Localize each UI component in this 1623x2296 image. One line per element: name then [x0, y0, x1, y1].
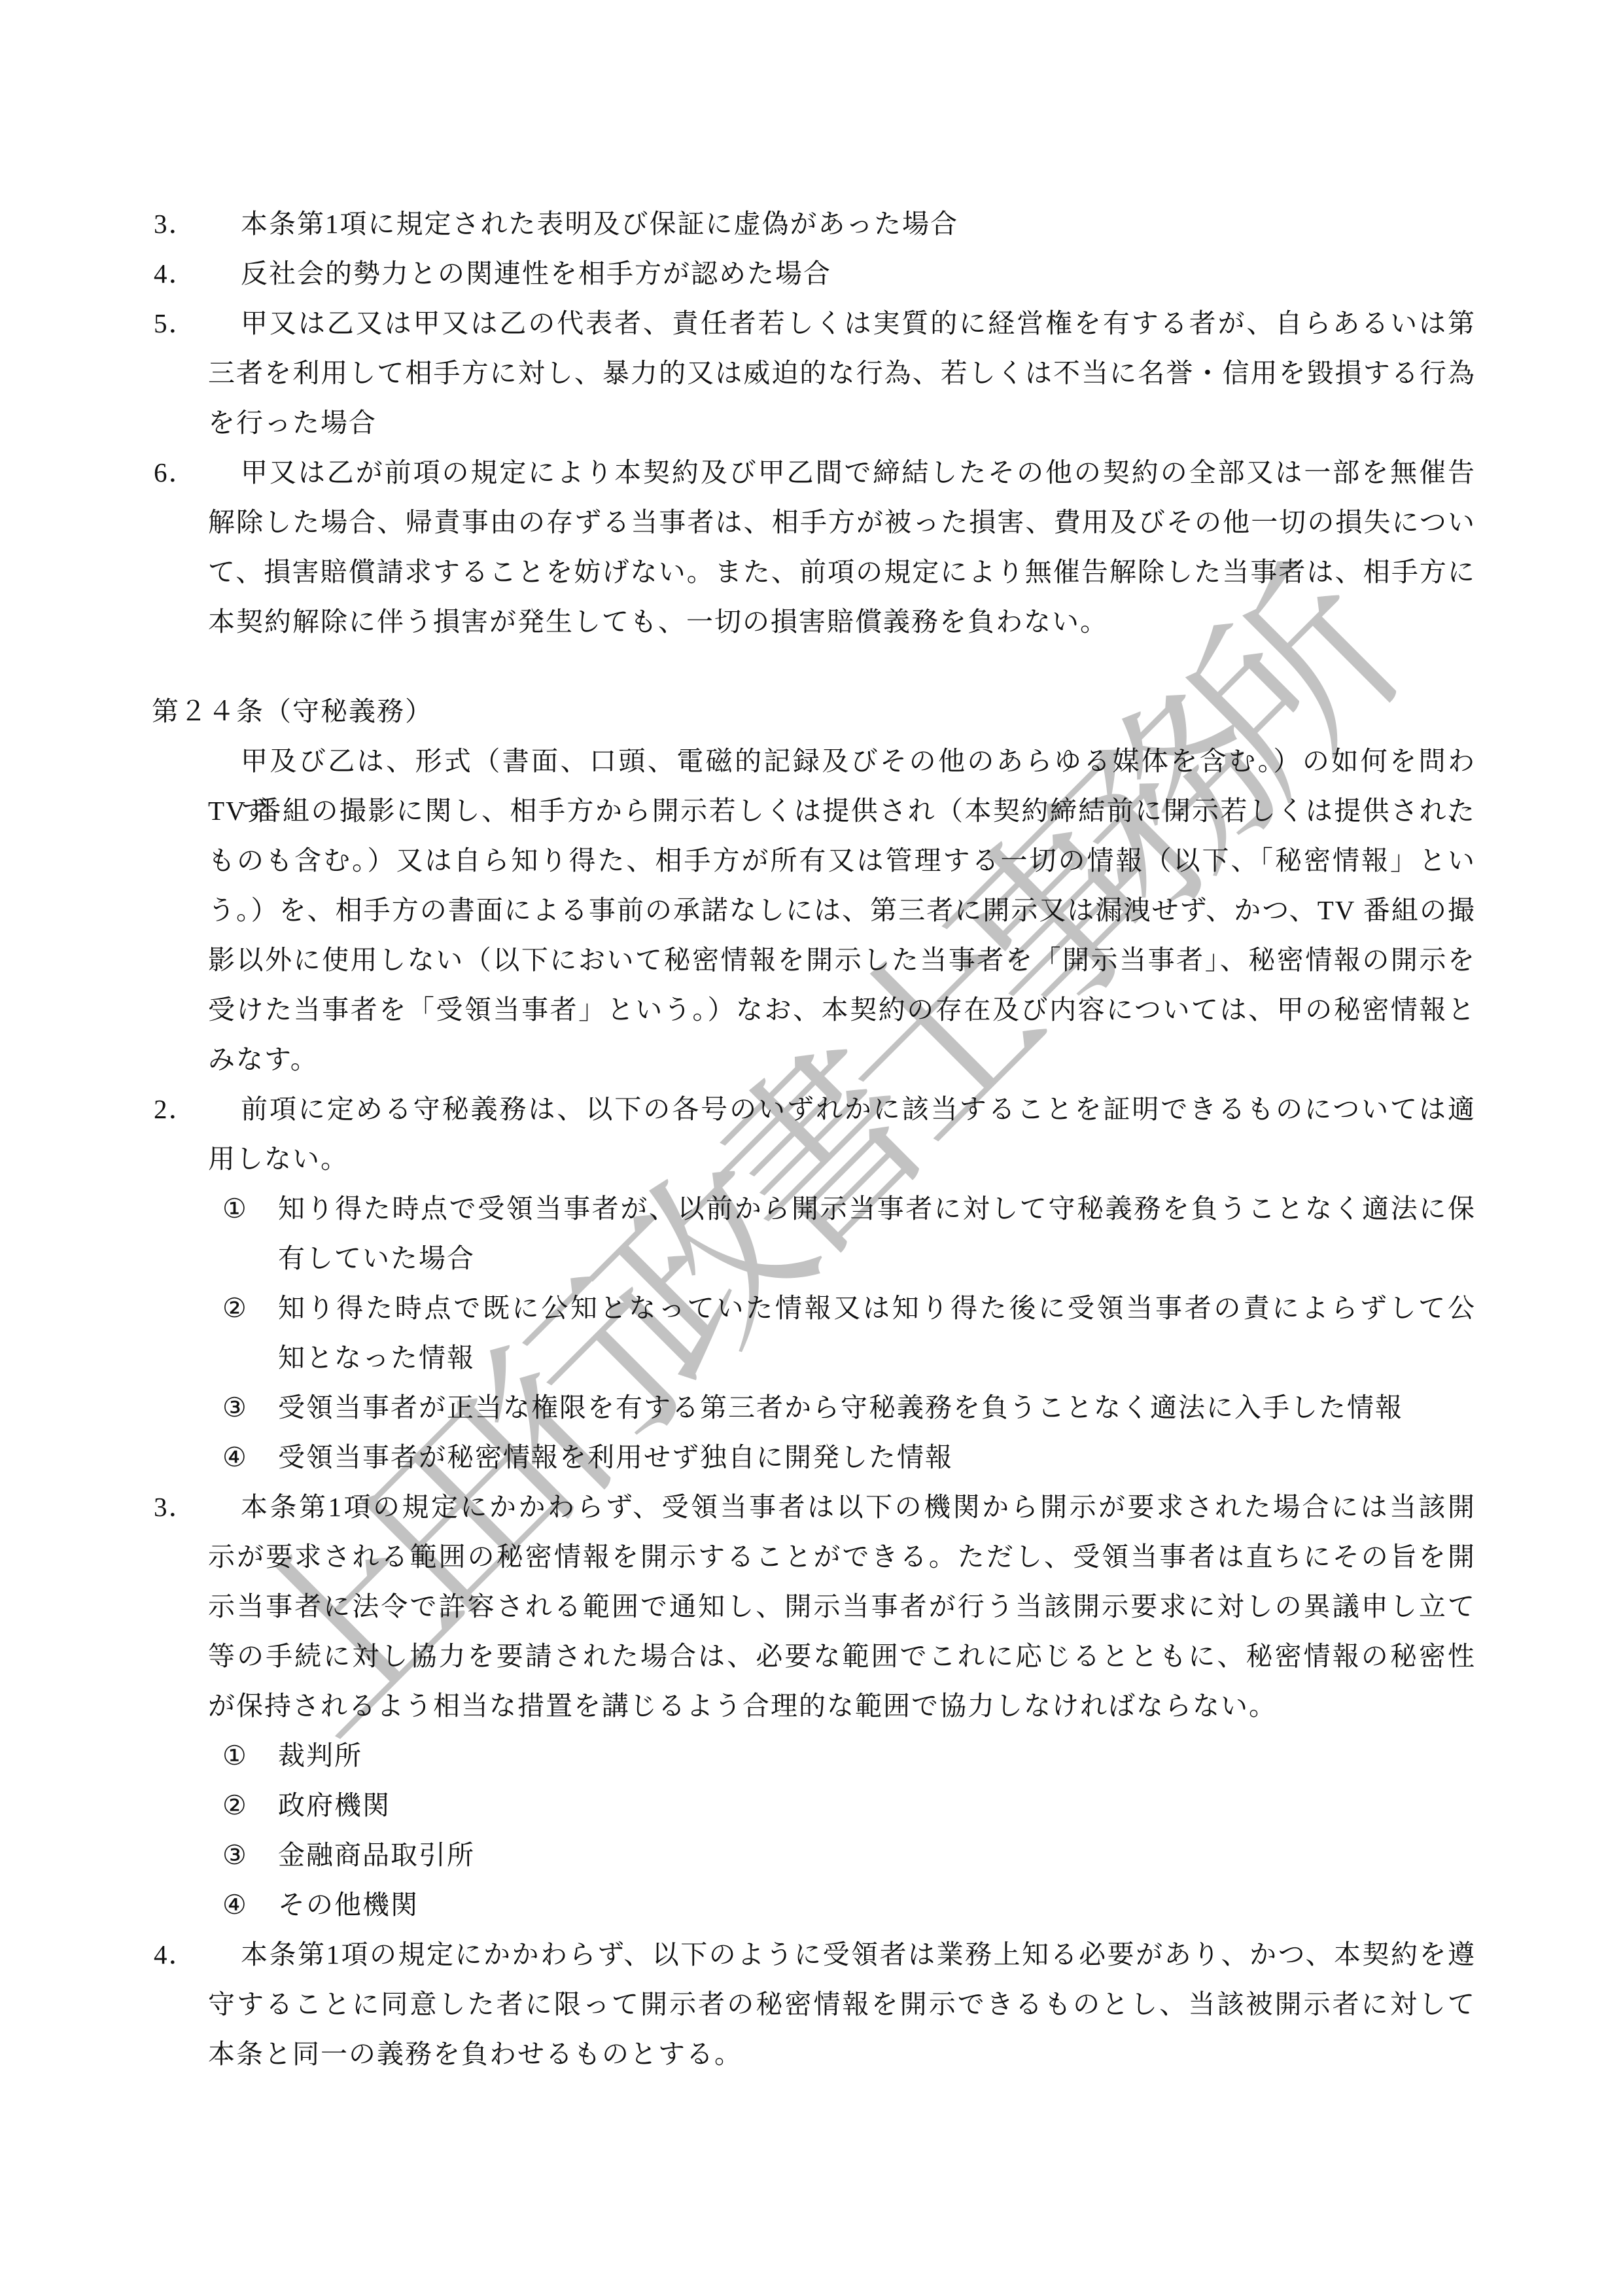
circled-number: ③: [222, 1383, 248, 1432]
contract-line: 影以外に使用しない（以下において秘密情報を開示した当事者を「開示当事者」、秘密情…: [0, 935, 1623, 985]
line-text: 知り得た時点で受領当事者が、以前から開示当事者に対して守秘義務を負うことなく適法…: [278, 1184, 1476, 1233]
contract-line: 4． 本条第1項の規定にかかわらず、以下のように受領者は業務上知る必要があり、か…: [0, 1930, 1623, 1979]
line-text: 知となった情報: [278, 1333, 1476, 1383]
contract-line: 用しない。: [0, 1134, 1623, 1184]
line-text: 有していた場合: [278, 1233, 1476, 1283]
contract-line: う。）を、相手方の書面による事前の承諾なしには、第三者に開示又は漏洩せず、かつ、…: [0, 885, 1623, 935]
contract-line: 守することに同意した者に限って開示者の秘密情報を開示できるものとし、当該被開示者…: [0, 1979, 1623, 2029]
circled-number: ③: [222, 1830, 248, 1880]
line-text: 守することに同意した者に限って開示者の秘密情報を開示できるものとし、当該被開示者…: [208, 1979, 1476, 2029]
circled-number: ②: [222, 1780, 248, 1830]
item-number: 2．: [154, 1084, 197, 1134]
contract-line: 3． 本条第1項に規定された表明及び保証に虚偽があった場合: [0, 199, 1623, 249]
line-text: 本条第1項の規定にかかわらず、以下のように受領者は業務上知る必要があり、かつ、本…: [241, 1930, 1476, 1979]
line-text: を行った場合: [208, 398, 1476, 448]
contract-line: 3． 本条第1項の規定にかかわらず、受領当事者は以下の機関から開示が要求された場…: [0, 1482, 1623, 1532]
line-text: 用しない。: [208, 1134, 1476, 1184]
line-text: が保持されるよう相当な措置を講じるよう合理的な範囲で協力しなければならない。: [208, 1681, 1476, 1731]
circled-number: ④: [222, 1880, 248, 1930]
contract-line: ① 裁判所: [0, 1731, 1623, 1780]
line-text: 受領当事者が秘密情報を利用せず独自に開発した情報: [278, 1432, 1476, 1482]
line-text: その他機関: [278, 1880, 1476, 1930]
circled-number: ①: [222, 1184, 248, 1233]
contract-line: 本条と同一の義務を負わせるものとする。: [0, 2029, 1623, 2079]
contract-line: ものも含む。）又は自ら知り得た、相手方が所有又は管理する一切の情報（以下、「秘密…: [0, 836, 1623, 885]
line-text: 解除した場合、帰責事由の存ずる当事者は、相手方が被った損害、費用及びその他一切の…: [208, 497, 1476, 547]
line-text: 本条と同一の義務を負わせるものとする。: [208, 2029, 1476, 2079]
item-number: 3．: [154, 199, 197, 249]
line-text: TV 番組の撮影に関し、相手方から開示若しくは提供され（本契約締結前に開示若しく…: [208, 786, 1476, 836]
item-number: 4．: [154, 249, 197, 298]
document-page: 上田行政書士事務所 3． 本条第1項に規定された表明及び保証に虚偽があった場合 …: [0, 0, 1623, 2296]
contract-line: ② 知り得た時点で既に公知となっていた情報又は知り得た後に受領当事者の責によらず…: [0, 1283, 1623, 1333]
line-text: 反社会的勢力との関連性を相手方が認めた場合: [241, 249, 1476, 298]
line-text: う。）を、相手方の書面による事前の承諾なしには、第三者に開示又は漏洩せず、かつ、…: [208, 885, 1476, 935]
line-text: ものも含む。）又は自ら知り得た、相手方が所有又は管理する一切の情報（以下、「秘密…: [208, 836, 1476, 885]
line-text: 本条第1項に規定された表明及び保証に虚偽があった場合: [241, 199, 1476, 249]
line-text: 示当事者に法令で許容される範囲で通知し、開示当事者が行う当該開示要求に対しの異議…: [208, 1581, 1476, 1631]
contract-line: ③ 受領当事者が正当な権限を有する第三者から守秘義務を負うことなく適法に入手した…: [0, 1383, 1623, 1432]
contract-text-block: 3． 本条第1項に規定された表明及び保証に虚偽があった場合 4． 反社会的勢力と…: [0, 0, 1623, 2296]
contract-line: 6． 甲又は乙が前項の規定により本契約及び甲乙間で締結したその他の契約の全部又は…: [0, 448, 1623, 497]
line-text: 知り得た時点で既に公知となっていた情報又は知り得た後に受領当事者の責によらずして…: [278, 1283, 1476, 1333]
line-text: 三者を利用して相手方に対し、暴力的又は威迫的な行為、若しくは不当に名誉・信用を毀…: [208, 348, 1476, 398]
contract-line: ④ その他機関: [0, 1880, 1623, 1930]
contract-line: みなす。: [0, 1034, 1623, 1084]
article-heading-text: 第２４条（守秘義務）: [152, 686, 433, 736]
line-text: 等の手続に対し協力を要請された場合は、必要な範囲でこれに応じるとともに、秘密情報…: [208, 1631, 1476, 1681]
contract-line: て、損害賠償請求することを妨げない。また、前項の規定により無催告解除した当事者は…: [0, 547, 1623, 597]
contract-line: が保持されるよう相当な措置を講じるよう合理的な範囲で協力しなければならない。: [0, 1681, 1623, 1731]
contract-line: 本契約解除に伴う損害が発生しても、一切の損害賠償義務を負わない。: [0, 597, 1623, 646]
contract-line: 知となった情報: [0, 1333, 1623, 1383]
line-text: 甲又は乙又は甲又は乙の代表者、責任者若しくは実質的に経営権を有する者が、自らある…: [241, 298, 1476, 348]
line-text: 影以外に使用しない（以下において秘密情報を開示した当事者を「開示当事者」、秘密情…: [208, 935, 1476, 985]
contract-line: 有していた場合: [0, 1233, 1623, 1283]
contract-line: ③ 金融商品取引所: [0, 1830, 1623, 1880]
line-text: 受けた当事者を「受領当事者」という。）なお、本契約の存在及び内容については、甲の…: [208, 985, 1476, 1034]
circled-number: ④: [222, 1432, 248, 1482]
contract-line: 5． 甲又は乙又は甲又は乙の代表者、責任者若しくは実質的に経営権を有する者が、自…: [0, 298, 1623, 348]
line-text: 示が要求される範囲の秘密情報を開示することができる。ただし、受領当事者は直ちにそ…: [208, 1532, 1476, 1581]
line-text: て、損害賠償請求することを妨げない。また、前項の規定により無催告解除した当事者は…: [208, 547, 1476, 597]
line-text: 受領当事者が正当な権限を有する第三者から守秘義務を負うことなく適法に入手した情報: [278, 1383, 1476, 1432]
line-text: 前項に定める守秘義務は、以下の各号のいずれかに該当することを証明できるものについ…: [241, 1084, 1476, 1134]
contract-line: 受けた当事者を「受領当事者」という。）なお、本契約の存在及び内容については、甲の…: [0, 985, 1623, 1034]
contract-line: 解除した場合、帰責事由の存ずる当事者は、相手方が被った損害、費用及びその他一切の…: [0, 497, 1623, 547]
contract-line: ② 政府機関: [0, 1780, 1623, 1830]
contract-line: 2． 前項に定める守秘義務は、以下の各号のいずれかに該当することを証明できるもの…: [0, 1084, 1623, 1134]
circled-number: ①: [222, 1731, 248, 1780]
contract-line: 4． 反社会的勢力との関連性を相手方が認めた場合: [0, 249, 1623, 298]
item-number: 3．: [154, 1482, 197, 1532]
contract-line: を行った場合: [0, 398, 1623, 448]
contract-line: ④ 受領当事者が秘密情報を利用せず独自に開発した情報: [0, 1432, 1623, 1482]
contract-line: 示が要求される範囲の秘密情報を開示することができる。ただし、受領当事者は直ちにそ…: [0, 1532, 1623, 1581]
line-text: 甲又は乙が前項の規定により本契約及び甲乙間で締結したその他の契約の全部又は一部を…: [241, 448, 1476, 497]
article-heading: 第２４条（守秘義務）: [0, 686, 1623, 736]
contract-line: TV 番組の撮影に関し、相手方から開示若しくは提供され（本契約締結前に開示若しく…: [0, 786, 1623, 836]
contract-line: 甲及び乙は、形式（書面、口頭、電磁的記録及びその他のあらゆる媒体を含む。）の如何…: [0, 736, 1623, 786]
contract-line: 示当事者に法令で許容される範囲で通知し、開示当事者が行う当該開示要求に対しの異議…: [0, 1581, 1623, 1631]
circled-number: ②: [222, 1283, 248, 1333]
item-number: 6．: [154, 448, 197, 497]
contract-line: 三者を利用して相手方に対し、暴力的又は威迫的な行為、若しくは不当に名誉・信用を毀…: [0, 348, 1623, 398]
item-number: 5．: [154, 298, 197, 348]
line-text: みなす。: [208, 1034, 1476, 1084]
item-number: 4．: [154, 1930, 197, 1979]
line-text: 本条第1項の規定にかかわらず、受領当事者は以下の機関から開示が要求された場合には…: [241, 1482, 1476, 1532]
line-text: 金融商品取引所: [278, 1830, 1476, 1880]
line-text: 政府機関: [278, 1780, 1476, 1830]
contract-line: ① 知り得た時点で受領当事者が、以前から開示当事者に対して守秘義務を負うことなく…: [0, 1184, 1623, 1233]
line-text: 裁判所: [278, 1731, 1476, 1780]
contract-line: 等の手続に対し協力を要請された場合は、必要な範囲でこれに応じるとともに、秘密情報…: [0, 1631, 1623, 1681]
line-text: 本契約解除に伴う損害が発生しても、一切の損害賠償義務を負わない。: [208, 597, 1476, 646]
